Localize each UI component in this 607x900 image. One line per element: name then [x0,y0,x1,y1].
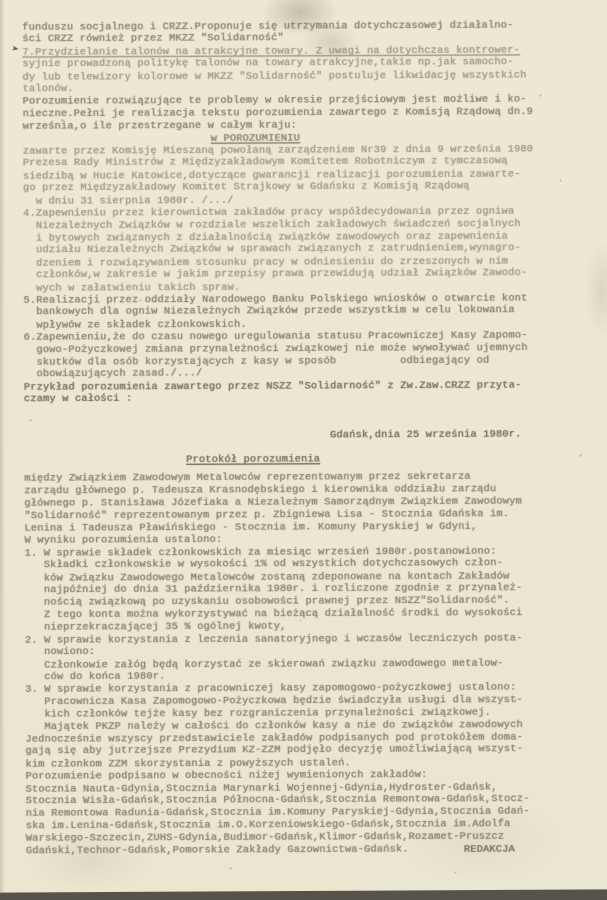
protocol-point-1: 1. W sprawie składek członkowskich za mi… [24,545,592,634]
text-line: skutków dla osób korzystających z kasy w… [24,354,592,369]
protocol-point-3: 3. W sprawie korzystania z pracowniczej … [25,681,593,733]
transition-paragraph: Porozumienie rozwiązujące te problemy w … [23,93,591,133]
text-line: nia Remontowa Radunia-Gdańsk,Stocznia im… [26,805,594,820]
text-line: między Związkiem Zawodowym Metalowców re… [24,470,592,485]
protocol-point-2: 2. W sprawie korzystania z leczenia sana… [25,631,593,683]
heading-protokol: Protokół porozumienia [186,452,592,466]
text-line: funduszu socjalnego i CRZZ.Proponuje się… [22,19,590,34]
protocol-parties: między Związkiem Zawodowym Metalowców re… [24,470,592,535]
text-line: dy lub telewizory kolorowe w MKZZ "Solid… [22,69,590,84]
text-line: REDAKCJA [464,843,594,856]
text-line: siedzibą w Hucie Katowice,dotyczące gwar… [23,168,591,183]
text-line: 2. W sprawie korzystania z leczenia sana… [25,632,593,647]
text-line: 4.Zapewnieniu przez kierownictwa zakładó… [23,205,591,220]
text-line: 3. W sprawie korzystania z pracowniczej … [25,681,593,696]
editorial-signature: REDAKCJA [464,842,594,855]
agreement-point-6: 6.Zapewnieniu,że do czasu nowego uregulo… [24,329,592,381]
text-line: Protokół porozumienia [186,452,592,466]
text-line: Porozumienie rozwiązujące te problemy w … [23,94,591,109]
text-line: 5.Realizacji przez oddziały Narodowego B… [23,292,591,307]
text-line: 6.Zapewnieniu,że do czasu nowego uregulo… [24,329,592,344]
paper-speckles [0,0,1,1]
text-line: nością związkową po uzyskaniu osobowości… [25,595,593,610]
text-line: Przykład porozumienia zawartego przez NS… [24,379,592,394]
text-line: 7.Przydzielanie talonów na atrakcyjne to… [22,44,590,59]
text-line: Członkowie załóg będą korzystać ze skier… [25,657,593,672]
talony-item: 7.Przydzielanie talonów na atrakcyjne to… [22,44,590,96]
text-line: ków Związku Zawodowego Metalowców zostan… [25,570,593,585]
agreement-preamble: zawarte przez Komisję Mieszaną powołaną … [23,143,591,208]
example-note: Przykład porozumienia zawartego przez NS… [24,379,592,406]
text-line: dzeniem i rozwiązywaniem stosunku pracy … [23,255,591,270]
dateline: Gdańsk,dnia 25 września 1980r. [330,427,592,441]
intro-paragraph: funduszu socjalnego i CRZZ.Proponuje się… [22,19,590,46]
scanned-document-page: ➤ funduszu socjalnego i CRZZ.Proponuje s… [0,0,607,900]
agreement-point-5: 5.Realizacji przez oddziały Narodowego B… [23,292,591,332]
document-content: ➤ funduszu socjalnego i CRZZ.Proponuje s… [22,19,594,857]
demand-paragraph: Jednocześnie wszyscy przedstawiciele zak… [25,731,593,771]
scan-bottom-edge [0,889,607,900]
text-line: Jednocześnie wszyscy przedstawiciele zak… [25,731,593,746]
text-line: Stocznia Nauta-Gdynia,Stocznia Marynarki… [26,781,594,796]
text-line: zawarte przez Komisję Mieszaną powołaną … [23,143,591,158]
text-line: głównego p. Stanisława Józefiaka a Nieza… [24,495,592,510]
pen-arrow-icon: ➤ [10,44,20,57]
text-line: 1. W sprawie składek członkowskich za mi… [24,545,592,560]
text-line: i bytowych związanych z działalnością zw… [23,230,591,245]
text-line: Gdańsk,dnia 25 września 1980r. [330,428,592,442]
agreement-point-4: 4.Zapewnieniu przez kierownictwa zakładó… [23,205,591,294]
text-line: kich członków tejże kasy bez rozgranicze… [25,706,593,721]
